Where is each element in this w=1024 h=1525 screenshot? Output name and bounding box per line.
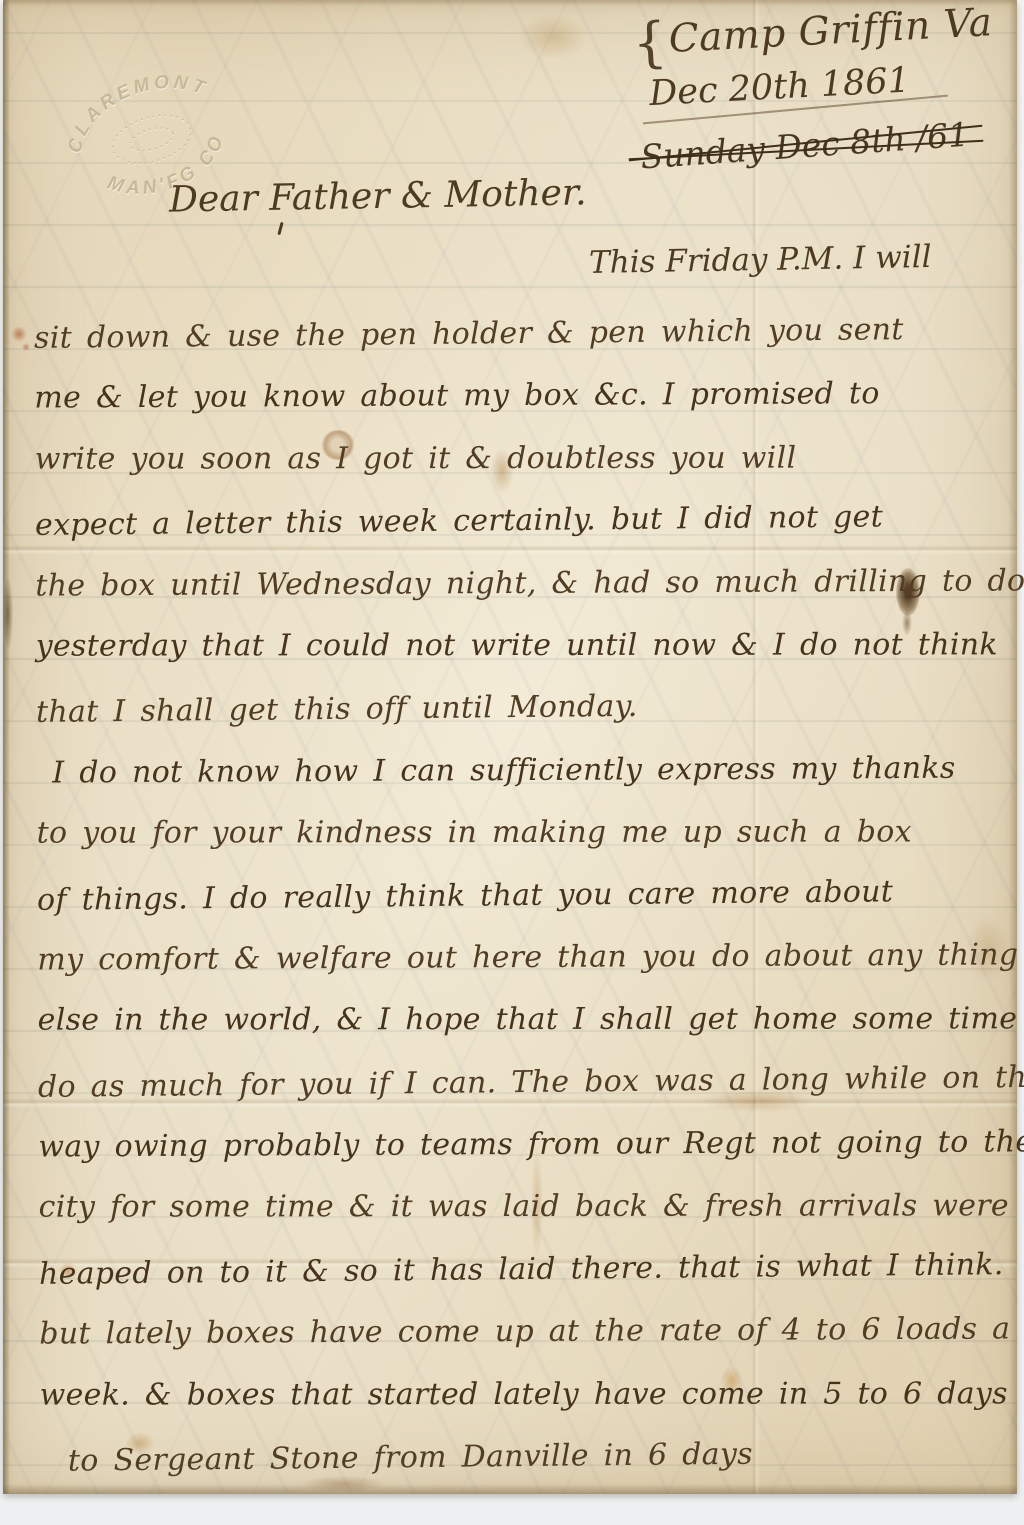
letter-line: do as much for you if I can. The box was… <box>38 1047 1013 1119</box>
place-text: Camp Griffin Va <box>668 0 994 62</box>
letter-line: city for some time & it was laid back & … <box>39 1176 1013 1240</box>
letter-paper: CLAREMONT MAN'FG CO {Camp Griffin Va Dec… <box>3 0 1017 1494</box>
opening-line: This Friday P.M. I will <box>589 239 932 281</box>
letter-line: else in the world, & I hope that I shall… <box>38 989 1012 1053</box>
letter-body: sit down & use the pen holder & pen whic… <box>34 300 1014 1491</box>
pen-mark <box>277 222 283 235</box>
letter-line: the box until Wednesday night, & had so … <box>35 550 1009 617</box>
crossed-out-date: Sunday Dec 8th /61 <box>639 115 970 177</box>
letter-line: heaped on to it & so it has laid there. … <box>39 1234 1014 1306</box>
letter-line: to Sergeant Stone from Danville in 6 day… <box>40 1421 1015 1493</box>
letter-line: but lately boxes have come up at the rat… <box>39 1299 1013 1366</box>
letter-content: CLAREMONT MAN'FG CO {Camp Griffin Va Dec… <box>3 0 1017 1494</box>
letter-line: I do not know how I can sufficiently exp… <box>36 737 1010 804</box>
letter-line: write you soon as I got it & doubtless y… <box>35 427 1009 491</box>
stamp-inner-dotted-oval <box>107 107 196 171</box>
letter-line: week. & boxes that started lately have c… <box>40 1363 1014 1427</box>
letter-line: of things. I do really think that you ca… <box>37 860 1012 932</box>
letter-line: way owing probably to teams from our Reg… <box>38 1112 1012 1179</box>
letter-line: yesterday that I could not write until n… <box>36 614 1010 678</box>
salutation: Dear Father & Mother. <box>169 172 587 220</box>
brace-mark: { <box>631 10 669 75</box>
scan-background: { "document": { "kind": "handwritten let… <box>0 0 1024 1525</box>
letter-line: that I shall get this off until Monday. <box>36 672 1011 744</box>
stamp-top-text: CLAREMONT <box>50 57 221 160</box>
letter-line: expect a letter this week certainly. but… <box>35 485 1010 557</box>
stamp-inner-dotted-oval <box>128 124 176 155</box>
letter-line: me & let you know about my box &c. I pro… <box>34 363 1008 430</box>
letter-heading: {Camp Griffin Va Dec 20th 1861 Sunday De… <box>631 0 999 174</box>
letter-line: to you for your kindness in making me up… <box>37 801 1011 865</box>
letter-line: my comfort & welfare out here than you d… <box>37 924 1011 991</box>
letter-line: sit down & use the pen holder & pen whic… <box>34 298 1009 370</box>
